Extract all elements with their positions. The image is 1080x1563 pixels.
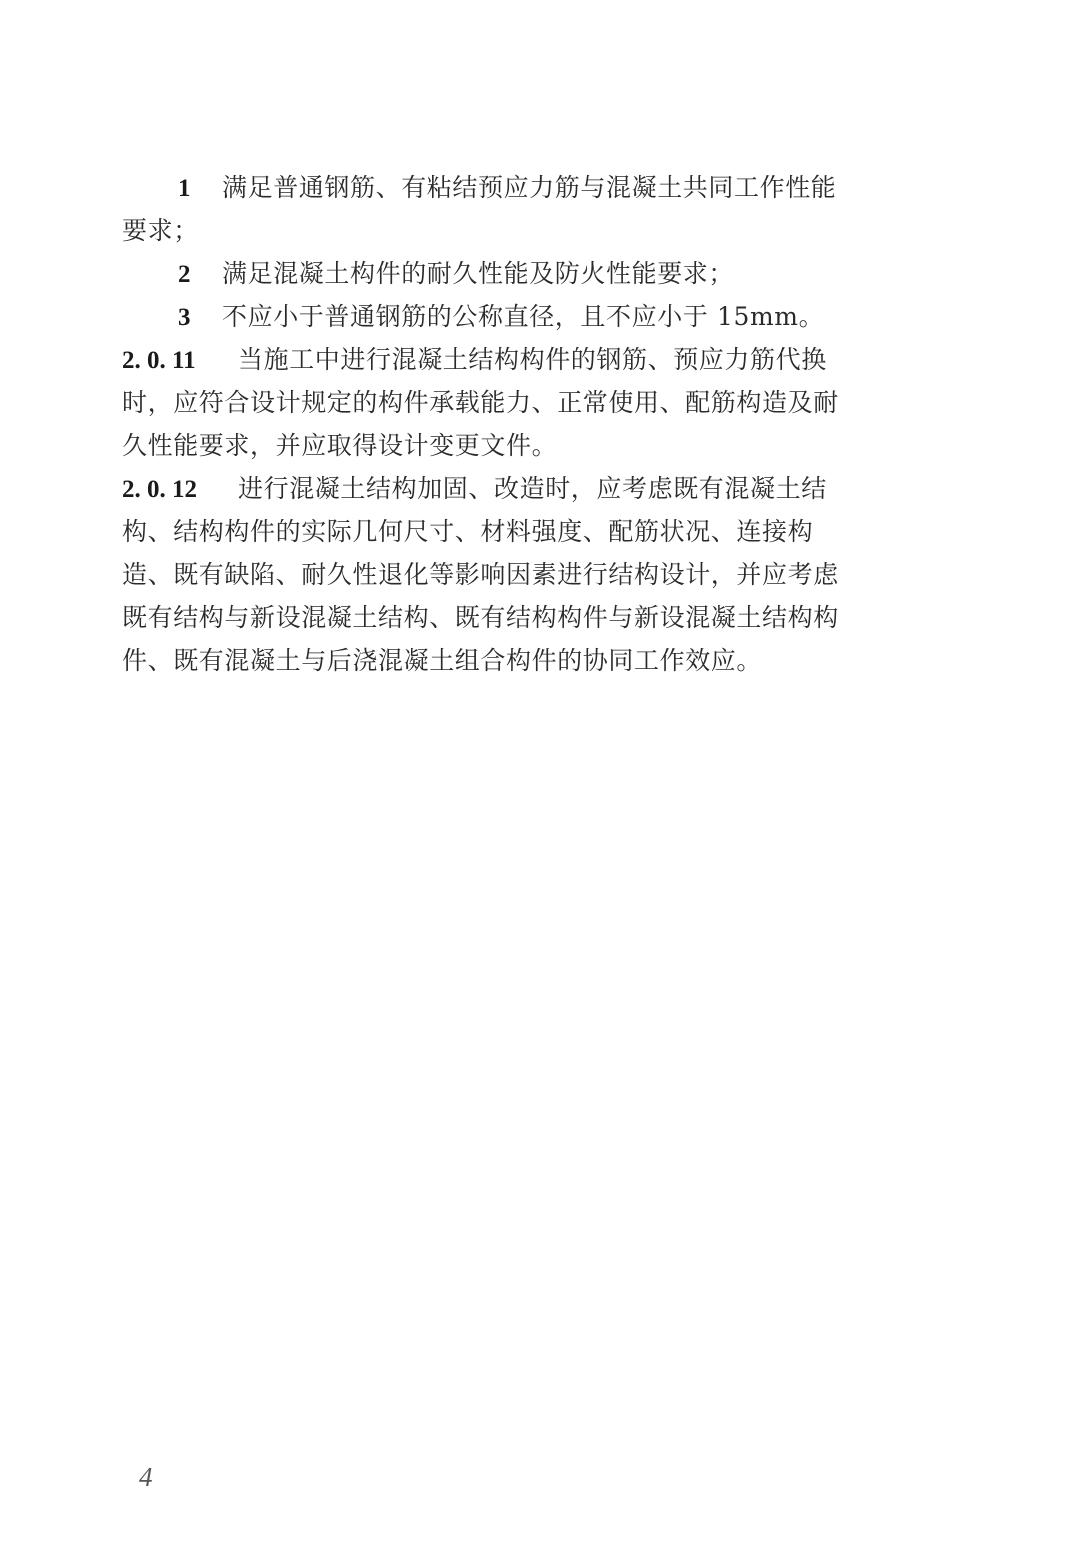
clause-2-0-11-line-2: 时，应符合设计规定的构件承载能力、正常使用、配筋构造及耐 <box>122 381 918 424</box>
clause-text: 构、结构构件的实际几何尺寸、材料强度、配筋状况、连接构 <box>122 517 813 546</box>
clause-2-0-12-line-2: 构、结构构件的实际几何尺寸、材料强度、配筋状况、连接构 <box>122 510 918 553</box>
clause-text: 造、既有缺陷、耐久性退化等影响因素进行结构设计，并应考虑 <box>122 560 839 589</box>
item-number: 1 <box>178 167 222 210</box>
list-item-3: 3不应小于普通钢筋的公称直径，且不应小于 15mm。 <box>122 295 918 338</box>
list-item-1: 1满足普通钢筋、有粘结预应力筋与混凝土共同工作性能 <box>122 166 918 209</box>
document-body: 1满足普通钢筋、有粘结预应力筋与混凝土共同工作性能 要求； 2满足混凝土构件的耐… <box>122 166 918 682</box>
clause-text: 进行混凝土结构加固、改造时，应考虑既有混凝土结 <box>238 474 827 503</box>
clause-text: 当施工中进行混凝土结构构件的钢筋、预应力筋代换 <box>238 345 827 374</box>
clause-2-0-12: 2. 0. 12进行混凝土结构加固、改造时，应考虑既有混凝土结 <box>122 467 918 510</box>
clause-text: 时，应符合设计规定的构件承载能力、正常使用、配筋构造及耐 <box>122 388 839 417</box>
clause-number: 2. 0. 11 <box>122 339 238 382</box>
item-text: 满足混凝土构件的耐久性能及防火性能要求； <box>222 259 734 288</box>
clause-text: 久性能要求，并应取得设计变更文件。 <box>122 431 557 460</box>
item-text: 要求； <box>122 216 199 245</box>
clause-text: 件、既有混凝土与后浇混凝土组合构件的协同工作效应。 <box>122 646 762 675</box>
clause-2-0-11-line-3: 久性能要求，并应取得设计变更文件。 <box>122 424 918 467</box>
item-number: 3 <box>178 296 222 339</box>
list-item-2: 2满足混凝土构件的耐久性能及防火性能要求； <box>122 252 918 295</box>
page-number: 4 <box>139 1462 153 1493</box>
clause-2-0-12-line-3: 造、既有缺陷、耐久性退化等影响因素进行结构设计，并应考虑 <box>122 553 918 596</box>
clause-text: 既有结构与新设混凝土结构、既有结构构件与新设混凝土结构构 <box>122 603 839 632</box>
clause-2-0-12-line-4: 既有结构与新设混凝土结构、既有结构构件与新设混凝土结构构 <box>122 596 918 639</box>
clause-2-0-12-line-5: 件、既有混凝土与后浇混凝土组合构件的协同工作效应。 <box>122 639 918 682</box>
item-number: 2 <box>178 253 222 296</box>
item-text: 满足普通钢筋、有粘结预应力筋与混凝土共同工作性能 <box>222 173 836 202</box>
item-text: 不应小于普通钢筋的公称直径，且不应小于 15mm。 <box>222 302 824 331</box>
clause-number: 2. 0. 12 <box>122 468 238 511</box>
list-item-1-continuation: 要求； <box>122 209 918 252</box>
clause-2-0-11: 2. 0. 11当施工中进行混凝土结构构件的钢筋、预应力筋代换 <box>122 338 918 381</box>
